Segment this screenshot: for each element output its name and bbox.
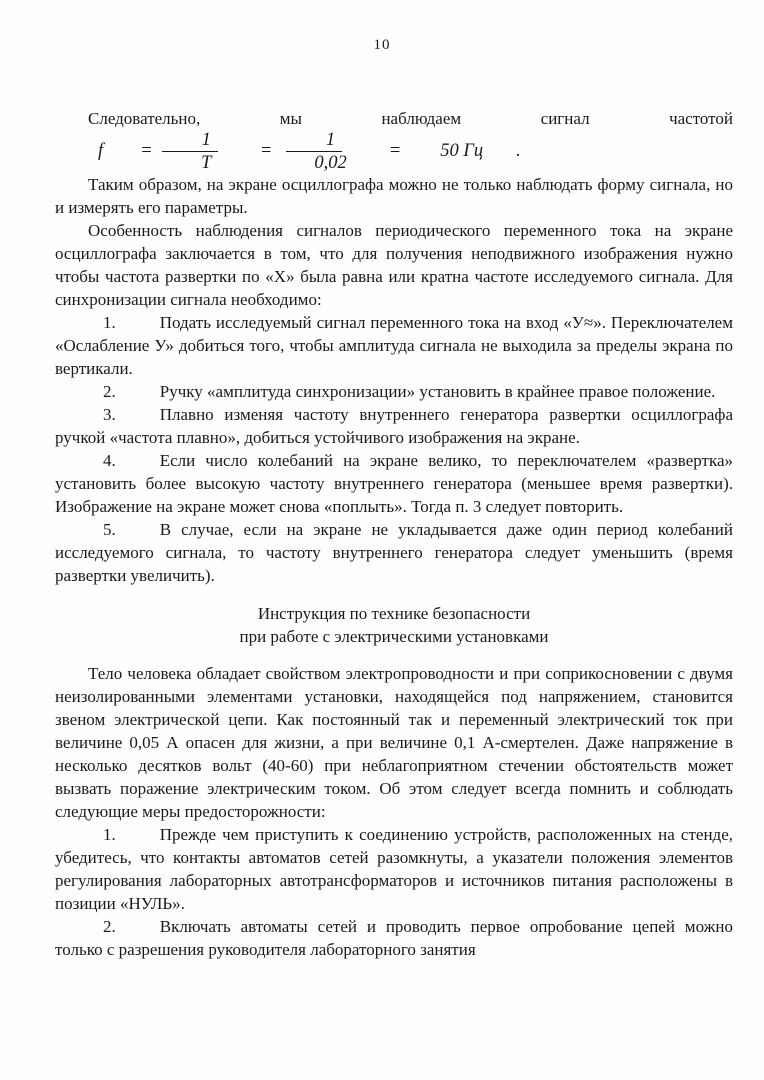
step-number: 3. [103, 405, 116, 424]
sync-step-1: 1.Подать исследуемый сигнал переменного … [55, 311, 733, 380]
step-text: Ручку «амплитуда синхронизации» установи… [160, 382, 716, 401]
step-number: 1. [103, 313, 116, 332]
formula-result: 50 Гц [407, 140, 483, 163]
fraction-one-over-period: 10,02 [281, 130, 346, 173]
page-content: Следовательно, мы наблюдаем сигнал часто… [55, 107, 733, 961]
fraction-numerator: 1 [286, 130, 342, 152]
step-text: Включать автоматы сетей и проводить перв… [55, 917, 733, 959]
conclusion-lead-text: Следовательно, мы наблюдаем сигнал часто… [88, 109, 733, 128]
fraction-one-over-T: 1T [162, 130, 218, 173]
fraction-denominator: 0,02 [281, 152, 346, 173]
equals-sign: = [227, 140, 272, 163]
safety-heading-line1: Инструкция по технике безопасности [55, 603, 733, 626]
step-number: 2. [103, 917, 116, 936]
fraction-numerator: 1 [162, 130, 218, 152]
step-number: 4. [103, 451, 116, 470]
safety-heading-line2: при работе с электрическими установками [55, 626, 733, 649]
safety-instruction-heading: Инструкция по технике безопасности при р… [55, 603, 733, 648]
sync-step-3: 3.Плавно изменяя частоту внутреннего ген… [55, 403, 733, 449]
step-text: Подать исследуемый сигнал переменного то… [55, 313, 733, 378]
safety-step-2: 2.Включать автоматы сетей и проводить пе… [55, 915, 733, 961]
step-text: Прежде чем приступить к соединению устро… [55, 825, 733, 913]
page-number: 10 [0, 34, 764, 57]
step-text: Плавно изменяя частоту внутреннего генер… [55, 405, 733, 447]
step-number: 1. [103, 825, 116, 844]
fraction-denominator: T [168, 152, 211, 173]
equals-sign: = [356, 140, 401, 163]
safety-step-1: 1.Прежде чем приступить к соединению уст… [55, 823, 733, 915]
equals-sign: = [107, 140, 152, 163]
sync-step-4: 4.Если число колебаний на экране велико,… [55, 449, 733, 518]
step-number: 5. [103, 520, 116, 539]
frequency-formula: f=1T=10,02=50 Гц. [65, 130, 521, 173]
scanned-document-page: 10 Следовательно, мы наблюдаем сигнал ча… [0, 0, 764, 1080]
step-number: 2. [103, 382, 116, 401]
paragraph-frequency-conclusion: Следовательно, мы наблюдаем сигнал часто… [55, 107, 733, 173]
paragraph-safety-body: Тело человека обладает свойством электро… [55, 662, 733, 823]
sync-step-5: 5.В случае, если на экране не укладывает… [55, 518, 733, 587]
sync-step-2: 2.Ручку «амплитуда синхронизации» устано… [55, 380, 733, 403]
step-text: В случае, если на экране не укладывается… [55, 520, 733, 585]
paragraph-sync-feature: Особенность наблюдения сигналов периодич… [55, 219, 733, 311]
paragraph-intro: Таким образом, на экране осциллографа мо… [55, 173, 733, 219]
formula-variable: f [65, 140, 103, 163]
step-text: Если число колебаний на экране велико, т… [55, 451, 733, 516]
formula-period: . [483, 140, 521, 163]
